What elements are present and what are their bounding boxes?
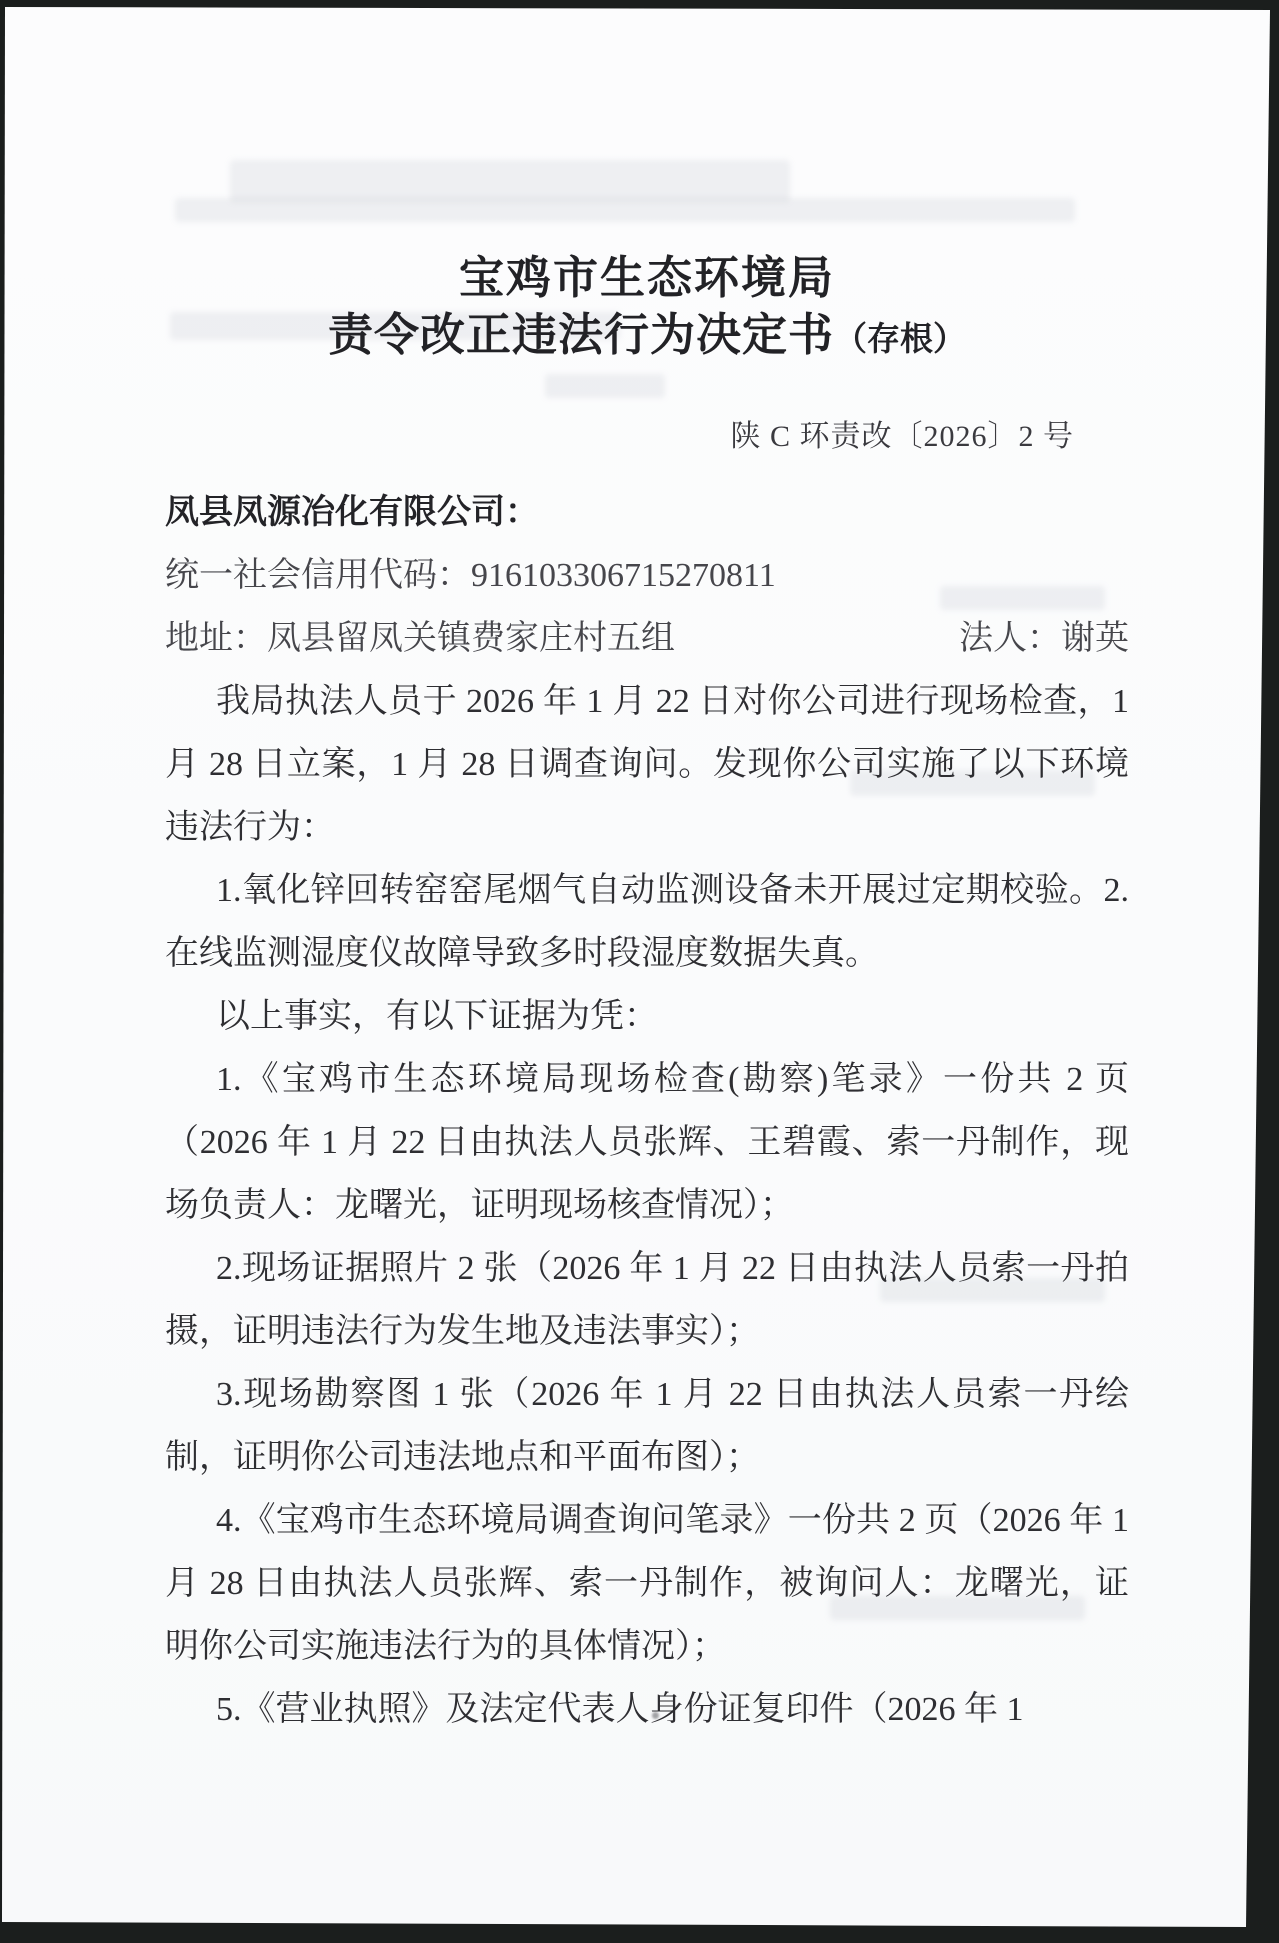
body-paragraph: 1.氧化锌回转窑窑尾烟气自动监测设备未开展过定期校验。2.在线监测湿度仪故障导致… (165, 859, 1129, 985)
body-paragraph: 3.现场勘察图 1 张（2026 年 1 月 22 日由执法人员索一丹绘制，证明… (165, 1363, 1129, 1489)
body-paragraph: 以上事实，有以下证据为凭： (165, 985, 1129, 1048)
legal-representative-text: 法人：谢英 (959, 607, 1129, 670)
document-body: 凤县凤源冶化有限公司： 统一社会信用代码：916103306715270811 … (165, 481, 1129, 1741)
body-paragraph: 我局执法人员于 2026 年 1 月 22 日对你公司进行现场检查，1 月 28… (165, 670, 1129, 859)
issuing-authority-title: 宝鸡市生态环境局 (165, 250, 1129, 306)
address-line: 地址：凤县留凤关镇费家庄村五组 法人：谢英 (165, 607, 1129, 670)
document-type-title: 责令改正违法行为决定书（存根） (165, 306, 1129, 369)
document-title-block: 宝鸡市生态环境局 责令改正违法行为决定书（存根） (165, 250, 1129, 369)
address-text: 地址：凤县留凤关镇费家庄村五组 (165, 607, 675, 670)
document-content: 宝鸡市生态环境局 责令改正违法行为决定书（存根） 陕 C 环责改〔2026〕2 … (0, 0, 1279, 1741)
body-paragraph: 5.《营业执照》及法定代表人身份证复印件（2026 年 1 (165, 1678, 1129, 1741)
scan-background: 宝鸡市生态环境局 责令改正违法行为决定书（存根） 陕 C 环责改〔2026〕2 … (0, 0, 1279, 1943)
body-paragraph: 4.《宝鸡市生态环境局调查询问笔录》一份共 2 页（2026 年 1 月 28 … (165, 1489, 1129, 1678)
document-type-text: 责令改正违法行为决定书 (328, 310, 834, 360)
body-paragraph: 1.《宝鸡市生态环境局现场检查(勘察)笔录》一份共 2 页（2026 年 1 月… (165, 1048, 1129, 1237)
recipient-line: 凤县凤源冶化有限公司： (165, 481, 1129, 544)
body-paragraph: 2.现场证据照片 2 张（2026 年 1 月 22 日由执法人员索一丹拍摄，证… (165, 1237, 1129, 1363)
stub-note: （存根） (834, 322, 966, 358)
document-number: 陕 C 环责改〔2026〕2 号 (165, 411, 1129, 455)
document-page: 宝鸡市生态环境局 责令改正违法行为决定书（存根） 陕 C 环责改〔2026〕2 … (0, 0, 1279, 1943)
credit-code-line: 统一社会信用代码：916103306715270811 (165, 544, 1129, 607)
